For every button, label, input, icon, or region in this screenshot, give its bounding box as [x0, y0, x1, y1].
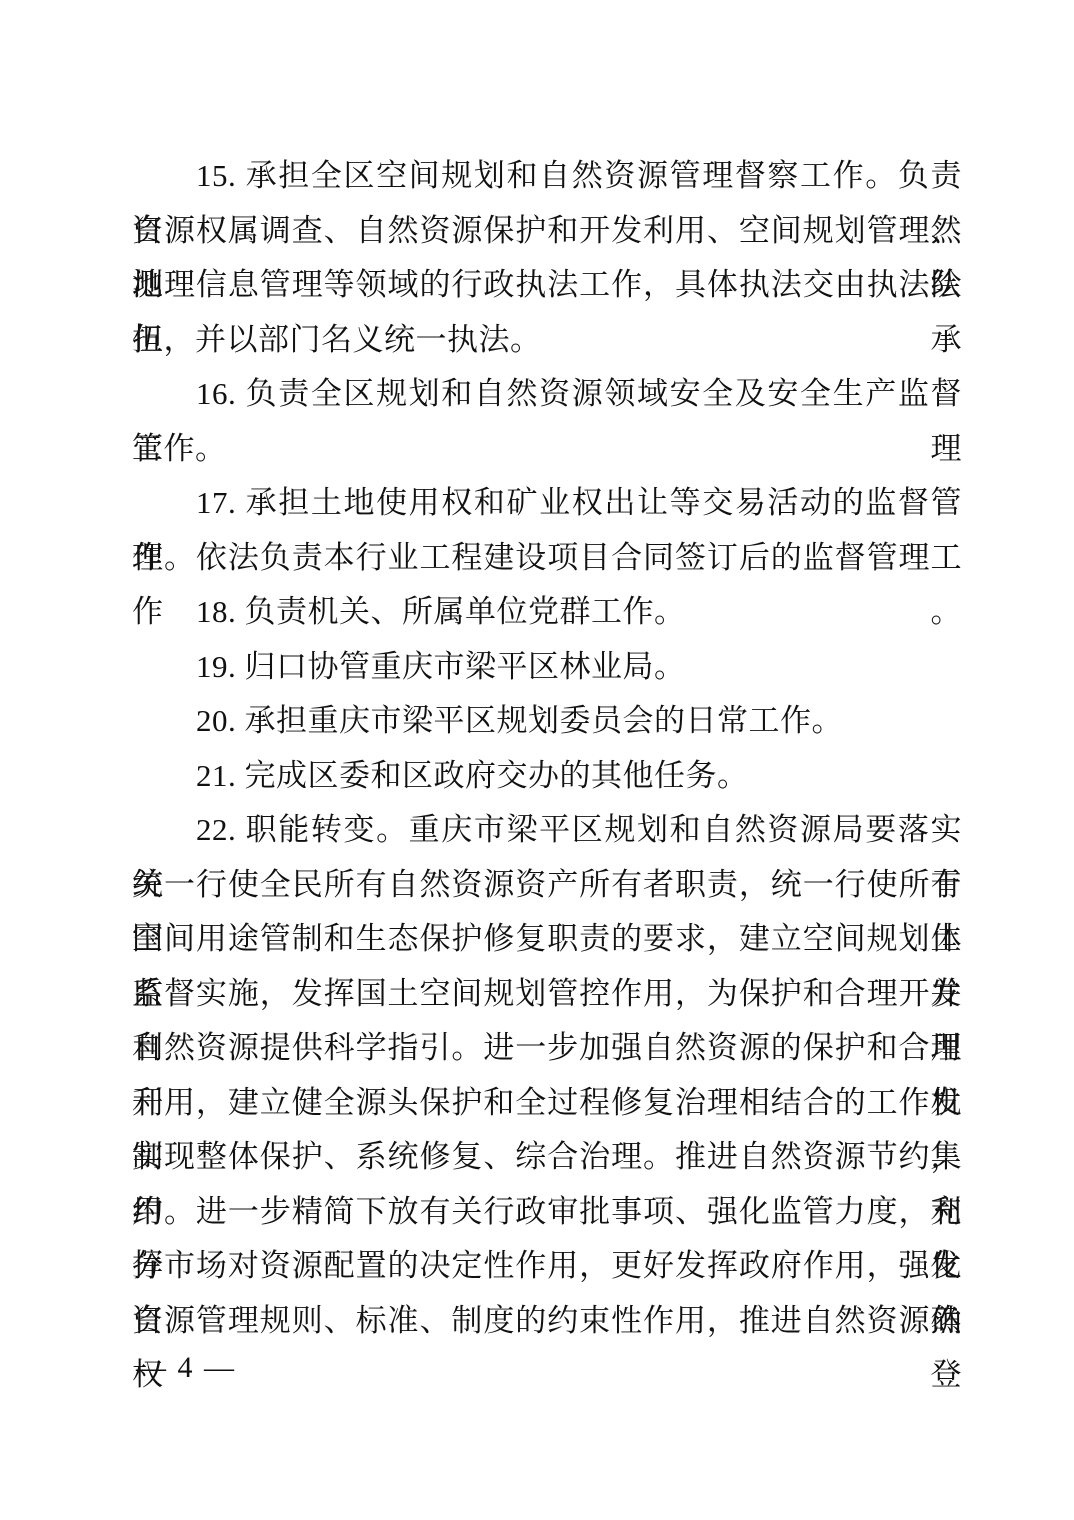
text-line: 20. 承担重庆市梁平区规划委员会的日常工作。: [132, 694, 962, 749]
text-line: 空间用途管制和生态保护修复职责的要求，建立空间规划体系并: [132, 912, 962, 967]
text-line: 自然资源提供科学指引。进一步加强自然资源的保护和合理开发: [132, 1021, 962, 1076]
text-line: 挥市场对资源配置的决定性作用，更好发挥政府作用，强化自然: [132, 1239, 962, 1294]
text-line: 15. 承担全区空间规划和自然资源管理督察工作。负责自然: [132, 149, 962, 204]
text-line: 资源权属调查、自然资源保护和开发利用、空间规划管理、测绘: [132, 204, 962, 259]
text-line: 地理信息管理等领域的行政执法工作，具体执法交由执法队伍承: [132, 258, 962, 313]
document-body: 15. 承担全区空间规划和自然资源管理督察工作。负责自然资源权属调查、自然资源保…: [132, 149, 962, 1348]
text-line: 利用，建立健全源头保护和全过程修复治理相结合的工作机制，: [132, 1076, 962, 1131]
text-line: 用。进一步精简下放有关行政审批事项、强化监管力度，充分发: [132, 1185, 962, 1240]
text-line: 19. 归口协管重庆市梁平区林业局。: [132, 640, 962, 695]
text-line: 21. 完成区委和区政府交办的其他任务。: [132, 749, 962, 804]
text-line: 16. 负责全区规划和自然资源领域安全及安全生产监督管理: [132, 367, 962, 422]
text-line: 作。依法负责本行业工程建设项目合同签订后的监督管理工作。: [132, 531, 962, 586]
text-line: 统一行使全民所有自然资源资产所有者职责，统一行使所有国土: [132, 858, 962, 913]
page-number: — 4 —: [136, 1348, 236, 1388]
text-line: 实现整体保护、系统修复、综合治理。推进自然资源节约集约利: [132, 1130, 962, 1185]
text-line: 17. 承担土地使用权和矿业权出让等交易活动的监督管理工: [132, 476, 962, 531]
text-line: 资源管理规则、标准、制度的约束性作用，推进自然资源确权登: [132, 1294, 962, 1349]
document-page: 15. 承担全区空间规划和自然资源管理督察工作。负责自然资源权属调查、自然资源保…: [0, 0, 1074, 1520]
text-line: 监督实施，发挥国土空间规划管控作用，为保护和合理开发利用: [132, 967, 962, 1022]
text-line: 22. 职能转变。重庆市梁平区规划和自然资源局要落实关于: [132, 803, 962, 858]
